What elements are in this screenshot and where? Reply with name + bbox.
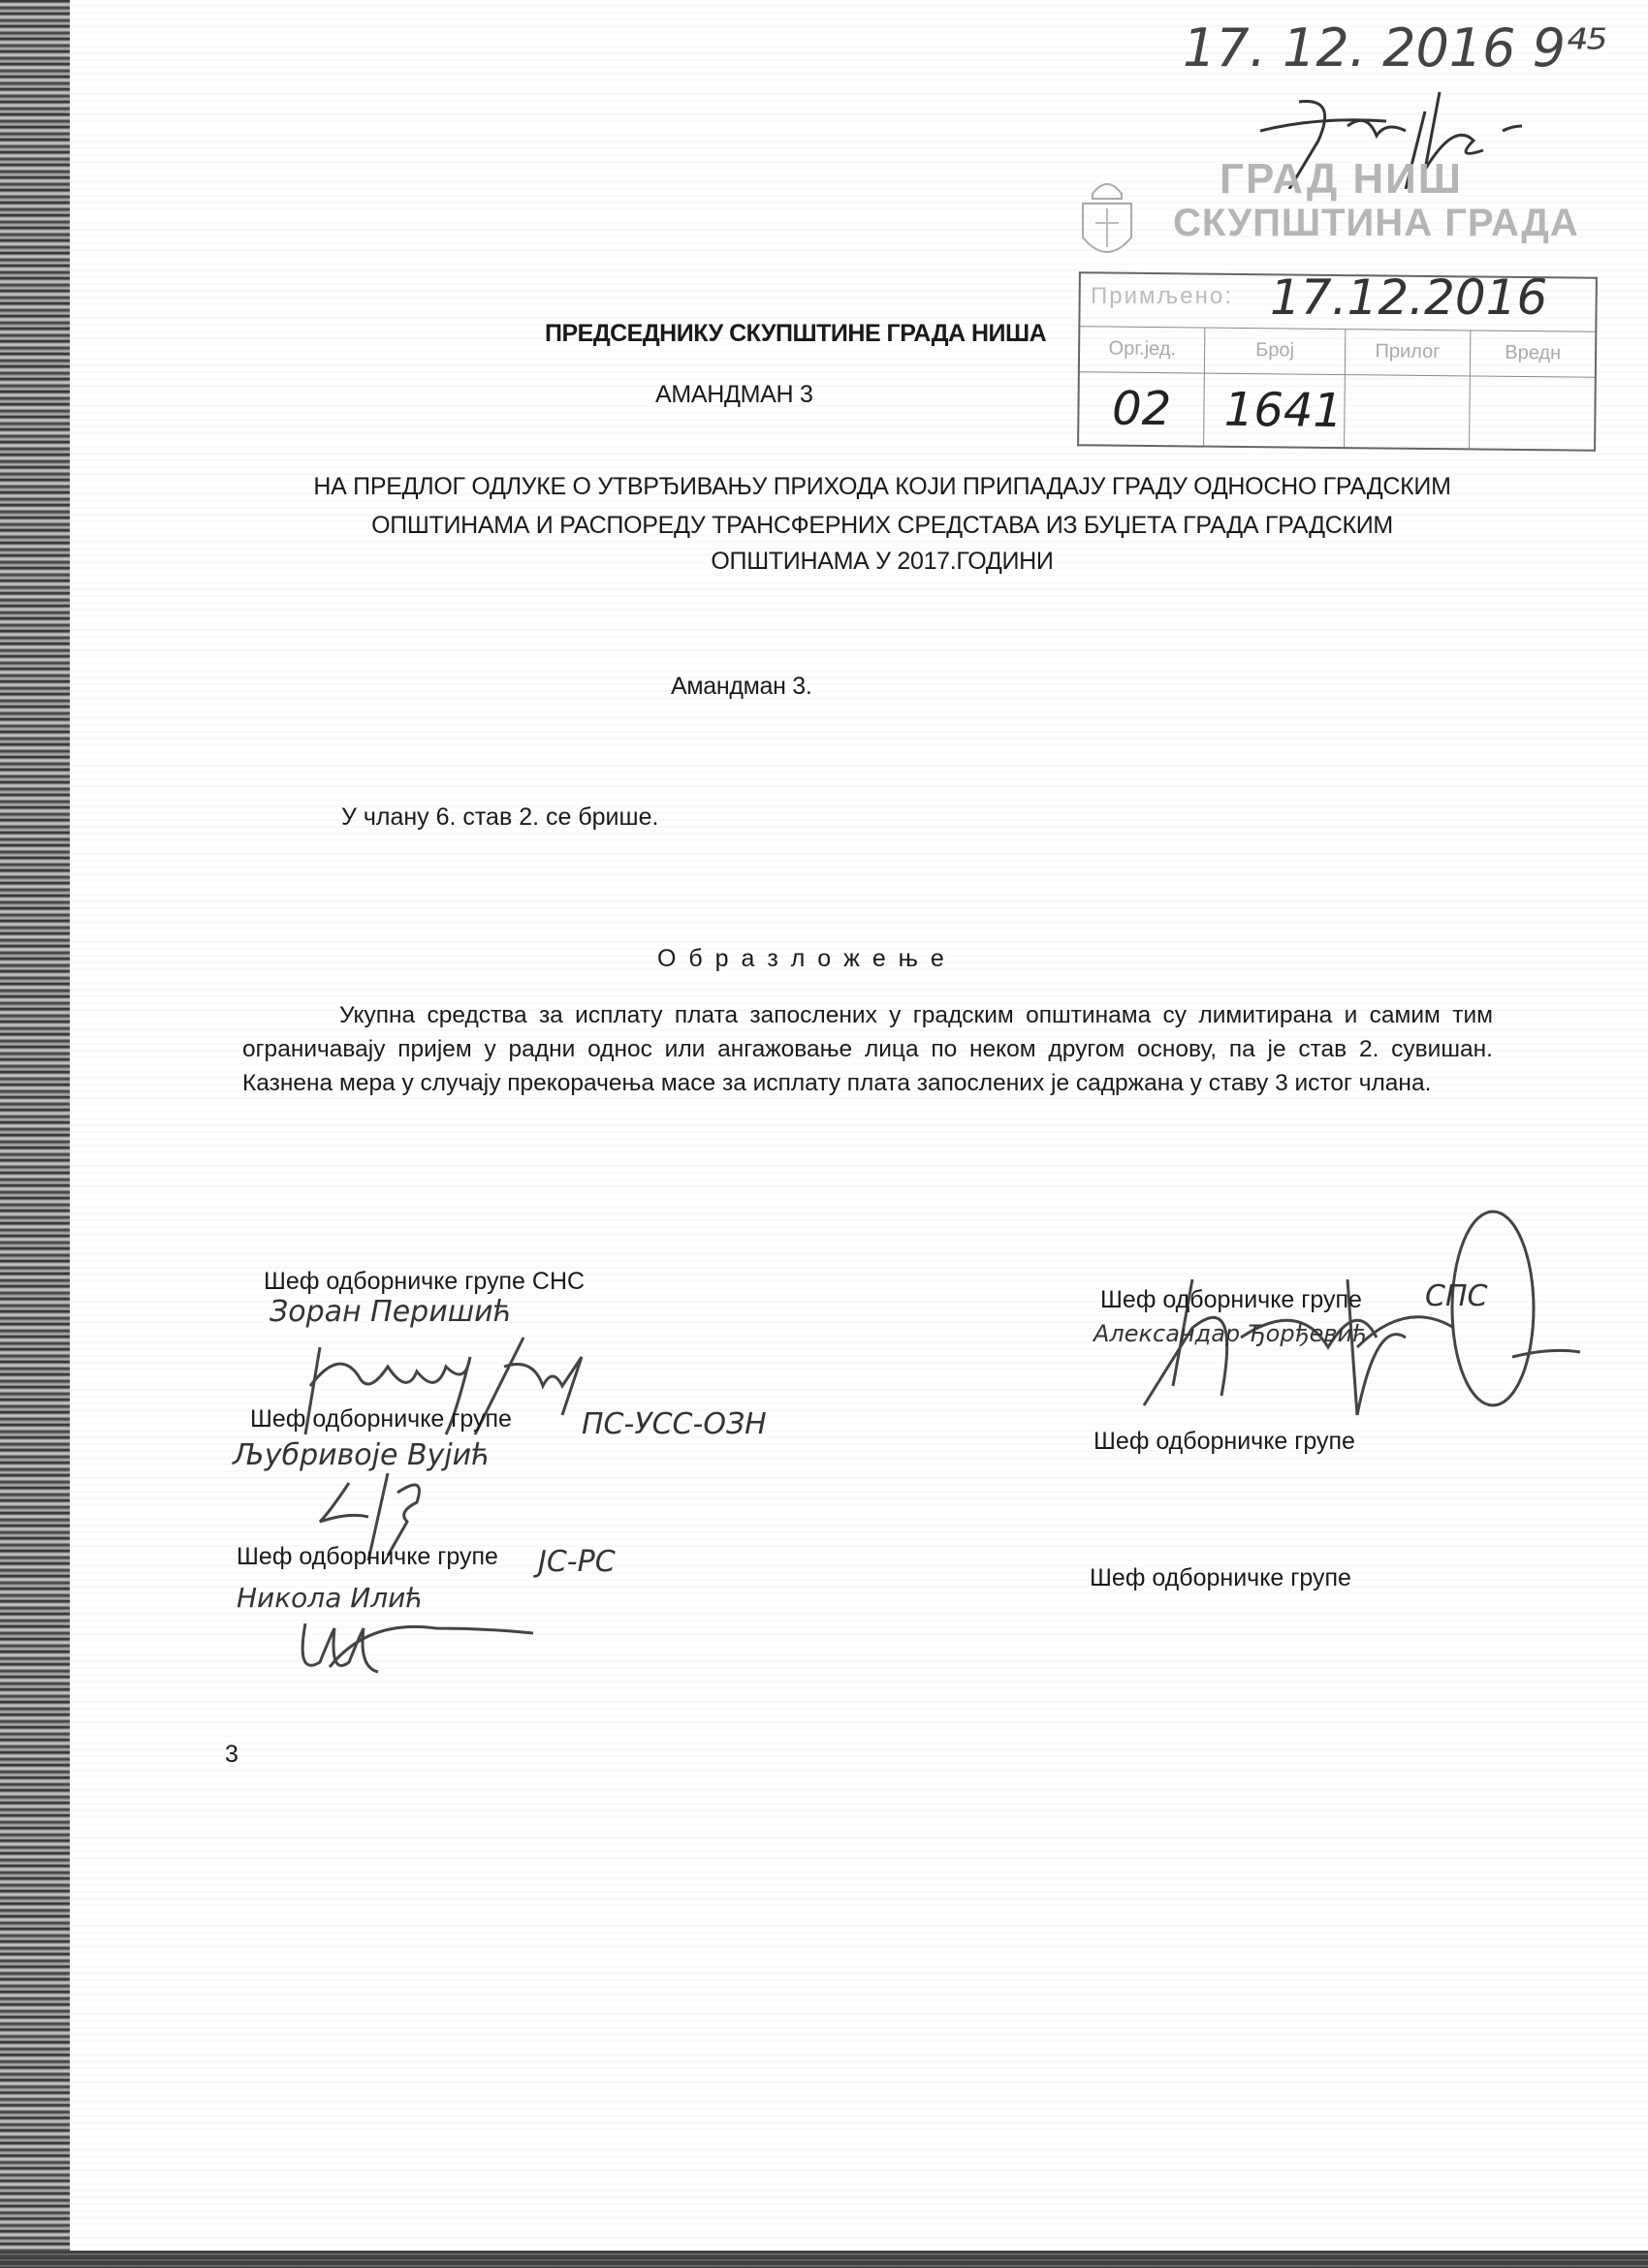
signature-label-js-rs: Шеф одборничке групе xyxy=(237,1543,498,1571)
reception-stamp-table: Орг.јед. Број Прилог Вредн 02 1641 xyxy=(1077,271,1598,452)
signature-label-sps: Шеф одборничке групе xyxy=(1100,1286,1362,1314)
signature-label-sns: Шеф одборничке групе СНС xyxy=(264,1268,585,1296)
stamp-val-number: 1641 xyxy=(1204,373,1345,448)
signature-label-ps-uss-ozn: Шеф одборничке групе xyxy=(250,1405,512,1433)
amendment-subtitle: Амандман 3. xyxy=(671,673,812,701)
handwritten-party-js-rs: ЈС-РС xyxy=(538,1545,616,1579)
signature-label-right-3: Шеф одборничке групе xyxy=(1090,1564,1351,1592)
rationale-heading: О б р а з л о ж е њ е xyxy=(657,945,947,973)
stamp-val-attachment xyxy=(1344,374,1471,449)
addressee-heading: ПРЕДСЕДНИКУ СКУПШТИНЕ ГРАДА НИША xyxy=(545,320,1046,348)
coat-of-arms-icon xyxy=(1078,170,1136,267)
rationale-text: Укупна средства за исплату плата запосле… xyxy=(242,998,1493,1100)
handwritten-received-datetime: 17. 12. 2016 9⁴⁵ xyxy=(1183,17,1607,79)
subject-line-2: ОПШТИНАМА И РАСПОРЕДУ ТРАНСФЕРНИХ СРЕДСТ… xyxy=(271,512,1493,540)
stamp-assembly-name: СКУПШТИНА ГРАДА xyxy=(1173,202,1579,245)
signature-label-right-2: Шеф одборничке групе xyxy=(1093,1428,1355,1456)
stamp-col-value: Вредн xyxy=(1471,331,1597,377)
signature-js-rs-icon xyxy=(291,1619,533,1686)
page-number: 3 xyxy=(225,1741,238,1769)
handwritten-party-ps-uss-ozn: ПС-УСС-ОЗН xyxy=(582,1407,767,1441)
scanner-bottom-edge xyxy=(0,2251,1648,2268)
handwritten-name-sps: Александар Ђорђевић xyxy=(1093,1320,1368,1347)
stamp-city-name: ГРАД НИШ xyxy=(1220,155,1463,204)
handwritten-party-sps: СПС xyxy=(1425,1279,1487,1313)
stamp-col-attachment: Прилог xyxy=(1345,329,1471,375)
handwritten-name-ps-uss-ozn: Љубривоје Вујић xyxy=(233,1438,491,1472)
handwritten-name-sns: Зоран Перишић xyxy=(269,1295,512,1329)
subject-line-1: НА ПРЕДЛОГ ОДЛУКЕ О УТВРЂИВАЊУ ПРИХОДА К… xyxy=(271,473,1493,501)
stamp-col-number: Број xyxy=(1205,328,1346,375)
stamp-val-value xyxy=(1470,376,1596,451)
stamp-col-org-unit: Орг.јед. xyxy=(1079,326,1205,372)
amendment-title: АМАНДМАН 3 xyxy=(655,381,813,409)
amendment-text: У члану 6. став 2. се брише. xyxy=(341,801,658,835)
handwritten-name-js-rs: Никола Илић xyxy=(237,1582,424,1614)
scanner-edge-strip xyxy=(0,0,70,2268)
subject-line-3: ОПШТИНАМА У 2017.ГОДИНИ xyxy=(271,548,1493,576)
stamp-val-org-unit: 02 xyxy=(1078,371,1205,446)
